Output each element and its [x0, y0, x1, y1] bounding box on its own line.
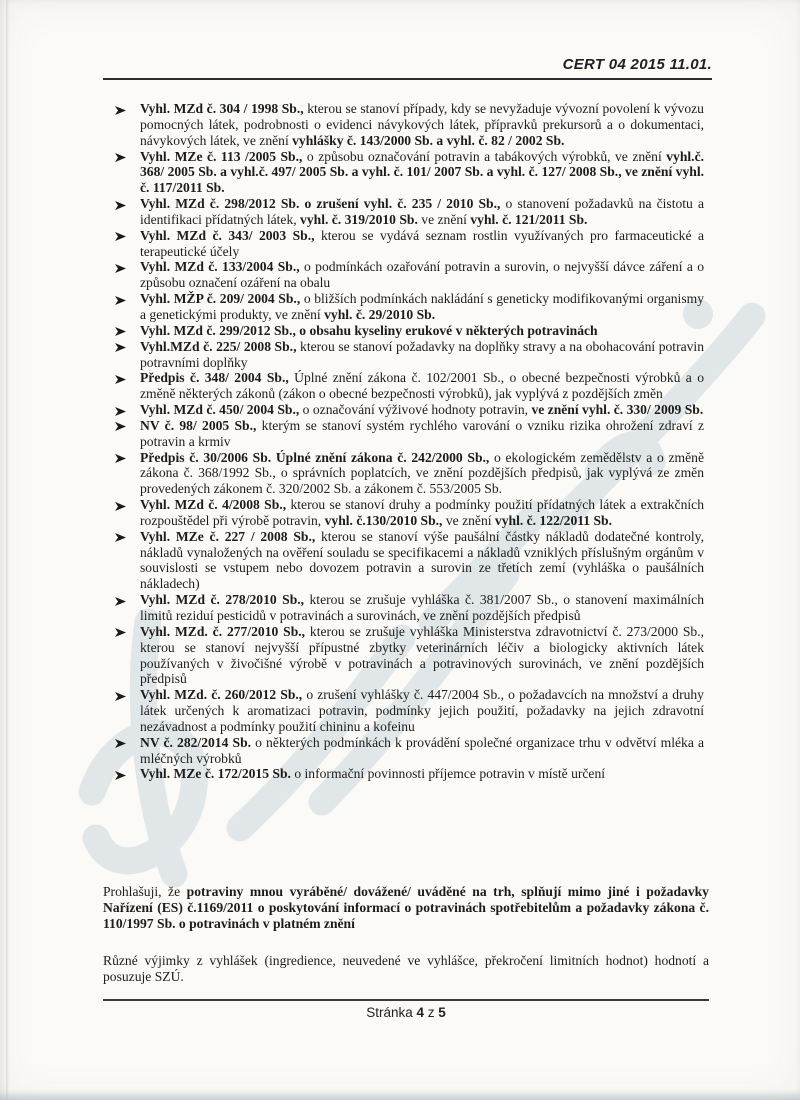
regulation-item: NV č. 282/2014 Sb. o některých podmínkác…: [103, 735, 704, 767]
arrowhead-right-icon: [115, 690, 126, 701]
page-number: Stránka 4 z 5: [366, 1005, 446, 1020]
regulation-item: Vyhl. MZd č. 4/2008 Sb., kterou se stano…: [103, 497, 704, 529]
closing-section: Prohlašuji, že potraviny mnou vyráběné/ …: [103, 884, 709, 1021]
regulation-item: Vyhl. MZd č. 450/ 2004 Sb., o označování…: [103, 402, 704, 418]
scan-bottom-edge: [0, 1089, 800, 1100]
arrowhead-right-icon: [115, 452, 126, 463]
regulation-text: Předpis č. 30/2006 Sb. Úplné znění zákon…: [140, 450, 704, 497]
arrowhead-right-icon: [115, 104, 126, 115]
regulation-text: Vyhl. MZd č. 4/2008 Sb., kterou se stano…: [140, 497, 704, 528]
cert-code: CERT 04 2015 11.01.: [563, 56, 712, 73]
regulation-text: Vyhl. MZd č. 450/ 2004 Sb., o označování…: [140, 402, 703, 417]
regulation-item: Vyhl. MZd č. 133/2004 Sb., o podmínkách …: [103, 259, 704, 291]
arrowhead-right-icon: [115, 595, 126, 606]
regulation-text: Vyhl. MZe č. 113 /2005 Sb., o způsobu oz…: [140, 149, 704, 196]
arrowhead-right-icon: [115, 262, 126, 273]
regulation-text: Předpis č. 348/ 2004 Sb., Úplné znění zá…: [140, 370, 704, 401]
arrowhead-right-icon: [115, 531, 126, 542]
regulation-text: Vyhl. MZd č. 304 / 1998 Sb., kterou se s…: [140, 101, 704, 148]
arrowhead-right-icon: [115, 500, 126, 511]
arrowhead-right-icon: [115, 325, 126, 336]
regulation-text: Vyhl. MZd č. 133/2004 Sb., o podmínkách …: [140, 259, 704, 290]
scan-left-edge: [6, 0, 9, 1100]
arrowhead-right-icon: [115, 373, 126, 384]
arrowhead-right-icon: [115, 420, 126, 431]
arrowhead-right-icon: [115, 737, 126, 748]
note-paragraph: Různé výjimky z vyhlášek (ingredience, n…: [103, 953, 709, 985]
regulation-text: Vyhl. MZd č. 299/2012 Sb., o obsahu kyse…: [140, 323, 598, 338]
regulation-text: Vyhl. MZd. č. 277/2010 Sb., kterou se zr…: [140, 624, 704, 687]
regulation-item: Vyhl. MZd. č. 277/2010 Sb., kterou se zr…: [103, 624, 704, 687]
regulation-text: Vyhl.MZd č. 225/ 2008 Sb., kterou se sta…: [140, 339, 704, 370]
arrowhead-right-icon: [115, 405, 126, 416]
regulation-list: Vyhl. MZd č. 304 / 1998 Sb., kterou se s…: [103, 101, 704, 782]
arrowhead-right-icon: [115, 199, 126, 210]
regulation-text: Vyhl. MŽP č. 209/ 2004 Sb., o bližších p…: [140, 291, 704, 322]
arrowhead-right-icon: [115, 341, 126, 352]
arrowhead-right-icon: [115, 151, 126, 162]
regulation-item: NV č. 98/ 2005 Sb., kterým se stanoví sy…: [103, 418, 704, 450]
regulation-text: Vyhl. MZe č. 227 / 2008 Sb., kterou se s…: [140, 529, 704, 592]
regulation-item: Vyhl.MZd č. 225/ 2008 Sb., kterou se sta…: [103, 339, 704, 371]
regulation-text: NV č. 282/2014 Sb. o některých podmínkác…: [140, 735, 704, 766]
regulation-item: Předpis č. 30/2006 Sb. Úplné znění zákon…: [103, 450, 704, 498]
regulation-text: Vyhl. MZd č. 343/ 2003 Sb., kterou se vy…: [140, 228, 704, 259]
arrowhead-right-icon: [115, 769, 126, 780]
regulation-item: Vyhl. MZe č. 227 / 2008 Sb., kterou se s…: [103, 529, 704, 592]
arrowhead-right-icon: [115, 230, 126, 241]
document-header: CERT 04 2015 11.01.: [103, 56, 712, 80]
regulation-item: Vyhl. MZd. č. 260/2012 Sb., o zrušení vy…: [103, 687, 704, 735]
regulation-item: Vyhl. MZe č. 113 /2005 Sb., o způsobu oz…: [103, 149, 704, 197]
arrowhead-right-icon: [115, 294, 126, 305]
regulation-text: Vyhl. MZd č. 278/2010 Sb., kterou se zru…: [140, 592, 704, 623]
regulation-item: Vyhl. MZd č. 298/2012 Sb. o zrušení vyhl…: [103, 196, 704, 228]
regulation-item: Vyhl. MZd č. 299/2012 Sb., o obsahu kyse…: [103, 323, 704, 339]
regulation-text: Vyhl. MZd. č. 260/2012 Sb., o zrušení vy…: [140, 687, 704, 734]
page-footer: Stránka 4 z 5: [103, 999, 709, 1021]
regulation-text: Vyhl. MZe č. 172/2015 Sb. o informační p…: [140, 766, 605, 781]
regulation-item: Předpis č. 348/ 2004 Sb., Úplné znění zá…: [103, 370, 704, 402]
regulation-item: Vyhl. MŽP č. 209/ 2004 Sb., o bližších p…: [103, 291, 704, 323]
arrowhead-right-icon: [115, 626, 126, 637]
regulation-item: Vyhl. MZe č. 172/2015 Sb. o informační p…: [103, 766, 704, 782]
regulation-text: NV č. 98/ 2005 Sb., kterým se stanoví sy…: [140, 418, 704, 449]
regulation-item: Vyhl. MZd č. 343/ 2003 Sb., kterou se vy…: [103, 228, 704, 260]
declaration-paragraph: Prohlašuji, že potraviny mnou vyráběné/ …: [103, 884, 709, 932]
regulation-item: Vyhl. MZd č. 304 / 1998 Sb., kterou se s…: [103, 101, 704, 149]
regulation-text: Vyhl. MZd č. 298/2012 Sb. o zrušení vyhl…: [140, 196, 704, 227]
regulation-item: Vyhl. MZd č. 278/2010 Sb., kterou se zru…: [103, 592, 704, 624]
